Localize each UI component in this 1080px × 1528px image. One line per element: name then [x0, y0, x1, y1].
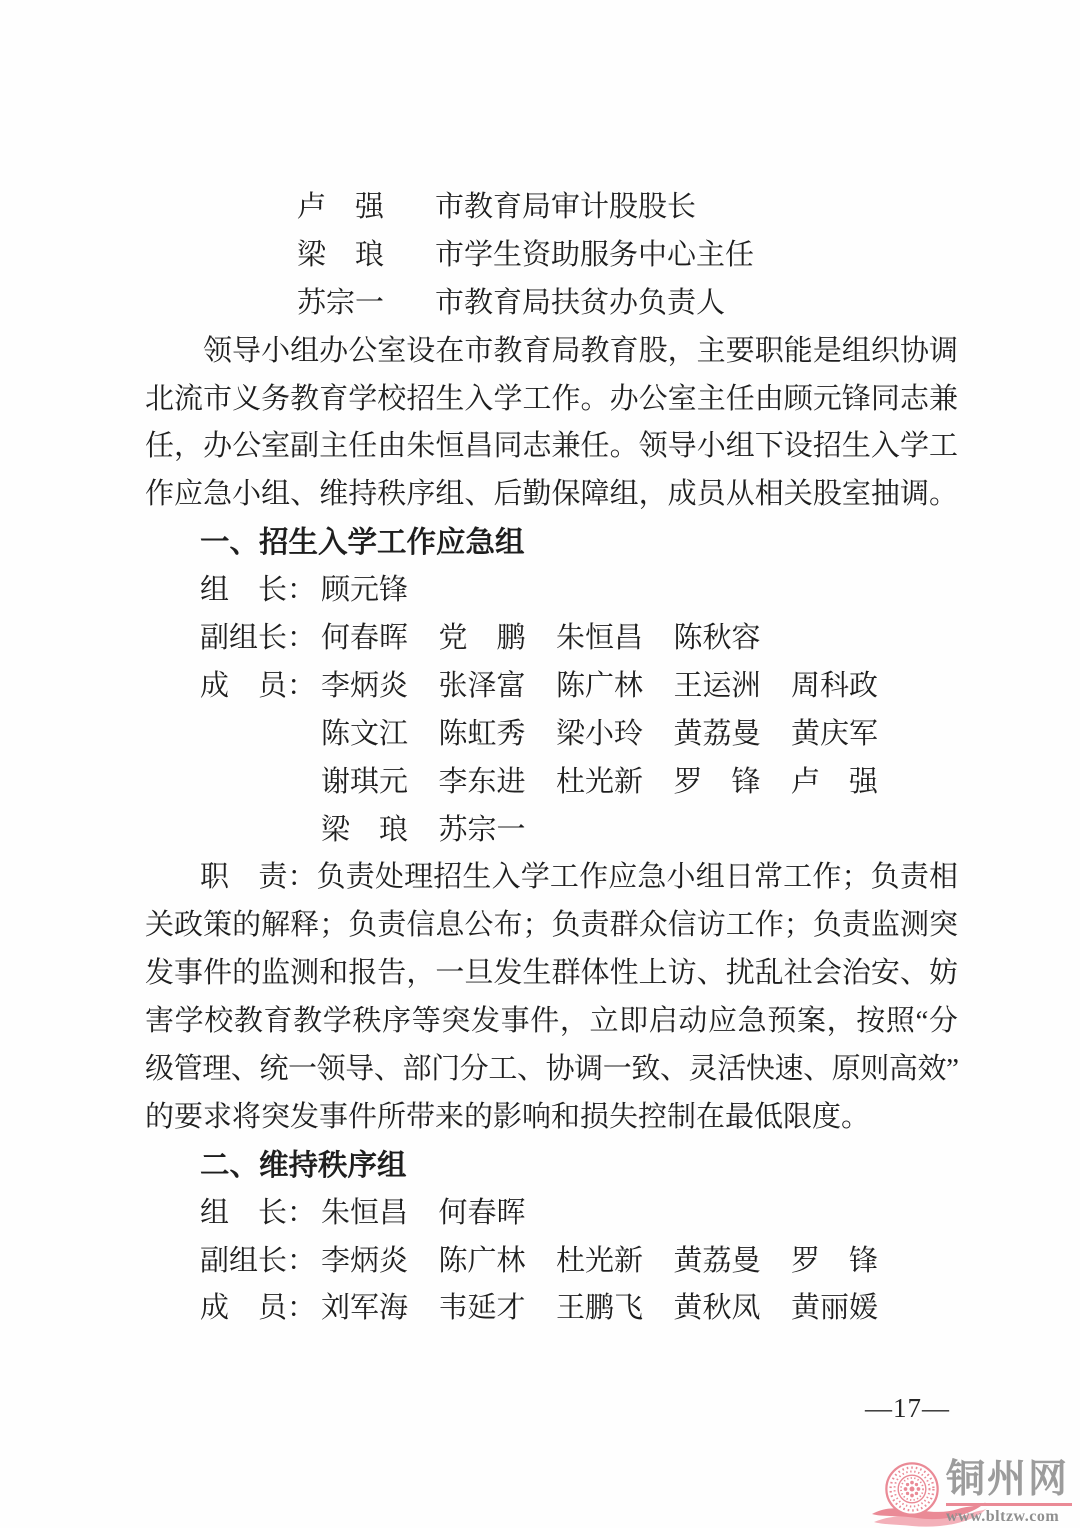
members-row: 陈文江陈虹秀梁小玲黄荔曼黄庆军: [145, 711, 958, 759]
section-2-heading: 二、维持秩序组: [145, 1142, 958, 1190]
leader-row: 组 长：朱恒昌何春晖: [145, 1190, 958, 1238]
appointment-row: 卢 强市教育局审计股股长: [145, 184, 958, 232]
intro-paragraph: 领导小组办公室设在市教育局教育股，主要职能是组织协调 北流市义务教育学校招生入学…: [145, 328, 958, 520]
paragraph-line: 关政策的解释；负责信息公布；负责群众信访工作；负责监测突: [145, 902, 958, 950]
person-name: 党 鹏: [439, 615, 557, 663]
person-name: 黄荔曼: [674, 1238, 792, 1286]
role-label: 成 员：: [200, 663, 321, 711]
person-name: 王运洲: [674, 663, 792, 711]
paragraph-line: 害学校教育教学秩序等突发事件，立即启动应急预案，按照“分: [145, 998, 958, 1046]
person-name: 张泽富: [439, 663, 557, 711]
person-name: 李炳炎: [321, 663, 439, 711]
document-body: 卢 强市教育局审计股股长 梁 琅市学生资助服务中心主任 苏宗一市教育局扶贫办负责…: [145, 184, 958, 1333]
person-name: 梁小玲: [556, 711, 674, 759]
paragraph-line: 发事件的监测和报告，一旦发生群体性上访、扰乱社会治安、妨: [145, 950, 958, 998]
members-row: 梁 琅苏宗一: [145, 807, 958, 855]
person-name: 杜光新: [556, 759, 674, 807]
document-page: 卢 强市教育局审计股股长 梁 琅市学生资助服务中心主任 苏宗一市教育局扶贫办负责…: [0, 0, 1080, 1528]
person-name: 谢琪元: [321, 759, 439, 807]
person-name: 黄丽媛: [791, 1285, 878, 1333]
site-url: www.bltzw.com: [946, 1508, 1072, 1526]
leader-row: 组 长：顾元锋: [145, 567, 958, 615]
paragraph-line: 领导小组办公室设在市教育局教育股，主要职能是组织协调: [145, 328, 958, 376]
paragraph-line: 级管理、统一领导、部门分工、协调一致、灵活快速、原则高效”: [145, 1046, 958, 1094]
person-name: 韦延才: [439, 1285, 557, 1333]
role-label: 组 长：: [200, 1190, 321, 1238]
appointee-name: 苏宗一: [297, 280, 435, 328]
appointee-title: 市教育局扶贫办负责人: [435, 287, 725, 319]
person-name: 李东进: [439, 759, 557, 807]
duty-text: 负责处理招生入学工作应急小组日常工作；负责相: [317, 861, 958, 893]
role-label: 副组长：: [200, 615, 321, 663]
person-name: 陈秋容: [674, 615, 761, 663]
appointee-name: 卢 强: [297, 184, 435, 232]
seal-icon: [884, 1461, 940, 1517]
person-name: 梁 琅: [321, 807, 439, 855]
members-row: 成 员：李炳炎张泽富陈广林王运洲周科政: [145, 663, 958, 711]
person-name: 黄荔曼: [674, 711, 792, 759]
person-name: 罗 锋: [674, 759, 792, 807]
role-label: 职 责：: [200, 861, 317, 893]
paragraph-line: 作应急小组、维持秩序组、后勤保障组，成员从相关股室抽调。: [145, 471, 958, 519]
site-watermark-logo: 铜州网 www.bltzw.com: [878, 1452, 1080, 1528]
appointments-list: 卢 强市教育局审计股股长 梁 琅市学生资助服务中心主任 苏宗一市教育局扶贫办负责…: [145, 184, 958, 328]
appointment-row: 苏宗一市教育局扶贫办负责人: [145, 280, 958, 328]
person-name: 苏宗一: [439, 807, 526, 855]
person-name: 陈广林: [439, 1238, 557, 1286]
person-name: 罗 锋: [791, 1238, 878, 1286]
role-label: 成 员：: [200, 1285, 321, 1333]
person-name: 朱恒昌: [556, 615, 674, 663]
person-name: 王鹏飞: [556, 1285, 674, 1333]
logo-underline: [946, 1503, 1072, 1506]
person-name: 陈虹秀: [439, 711, 557, 759]
deputy-leader-row: 副组长：何春晖党 鹏朱恒昌陈秋容: [145, 615, 958, 663]
role-label: 组 长：: [200, 567, 321, 615]
person-name: 何春晖: [321, 615, 439, 663]
paragraph-line: 职 责：负责处理招生入学工作应急小组日常工作；负责相: [145, 854, 958, 902]
person-name: 刘军海: [321, 1285, 439, 1333]
site-name: 铜州网: [946, 1458, 1072, 1502]
person-name: 李炳炎: [321, 1238, 439, 1286]
section-1-heading: 一、招生入学工作应急组: [145, 519, 958, 567]
paragraph-line: 北流市义务教育学校招生入学工作。办公室主任由顾元锋同志兼: [145, 376, 958, 424]
members-row: 成 员：刘军海韦延才王鹏飞黄秋凤黄丽媛: [145, 1285, 958, 1333]
deputy-leader-row: 副组长：李炳炎陈广林杜光新黄荔曼罗 锋: [145, 1238, 958, 1286]
person-name: 顾元锋: [321, 567, 408, 615]
paragraph-line: 的要求将突发事件所带来的影响和损失控制在最低限度。: [145, 1094, 958, 1142]
members-row: 谢琪元李东进杜光新罗 锋卢 强: [145, 759, 958, 807]
person-name: 陈广林: [556, 663, 674, 711]
page-number: —17—: [865, 1393, 950, 1424]
person-name: 杜光新: [556, 1238, 674, 1286]
person-name: 黄秋凤: [674, 1285, 792, 1333]
person-name: 卢 强: [791, 759, 878, 807]
appointee-title: 市学生资助服务中心主任: [435, 239, 754, 271]
appointment-row: 梁 琅市学生资助服务中心主任: [145, 232, 958, 280]
person-name: 何春晖: [439, 1190, 526, 1238]
appointee-title: 市教育局审计股股长: [435, 191, 696, 223]
duty-paragraph: 职 责：负责处理招生入学工作应急小组日常工作；负责相 关政策的解释；负责信息公布…: [145, 854, 958, 1141]
person-name: 黄庆军: [791, 711, 878, 759]
role-label: 副组长：: [200, 1238, 321, 1286]
person-name: 陈文江: [321, 711, 439, 759]
person-name: 周科政: [791, 663, 878, 711]
person-name: 朱恒昌: [321, 1190, 439, 1238]
appointee-name: 梁 琅: [297, 232, 435, 280]
paragraph-line: 任，办公室副主任由朱恒昌同志兼任。领导小组下设招生入学工: [145, 423, 958, 471]
